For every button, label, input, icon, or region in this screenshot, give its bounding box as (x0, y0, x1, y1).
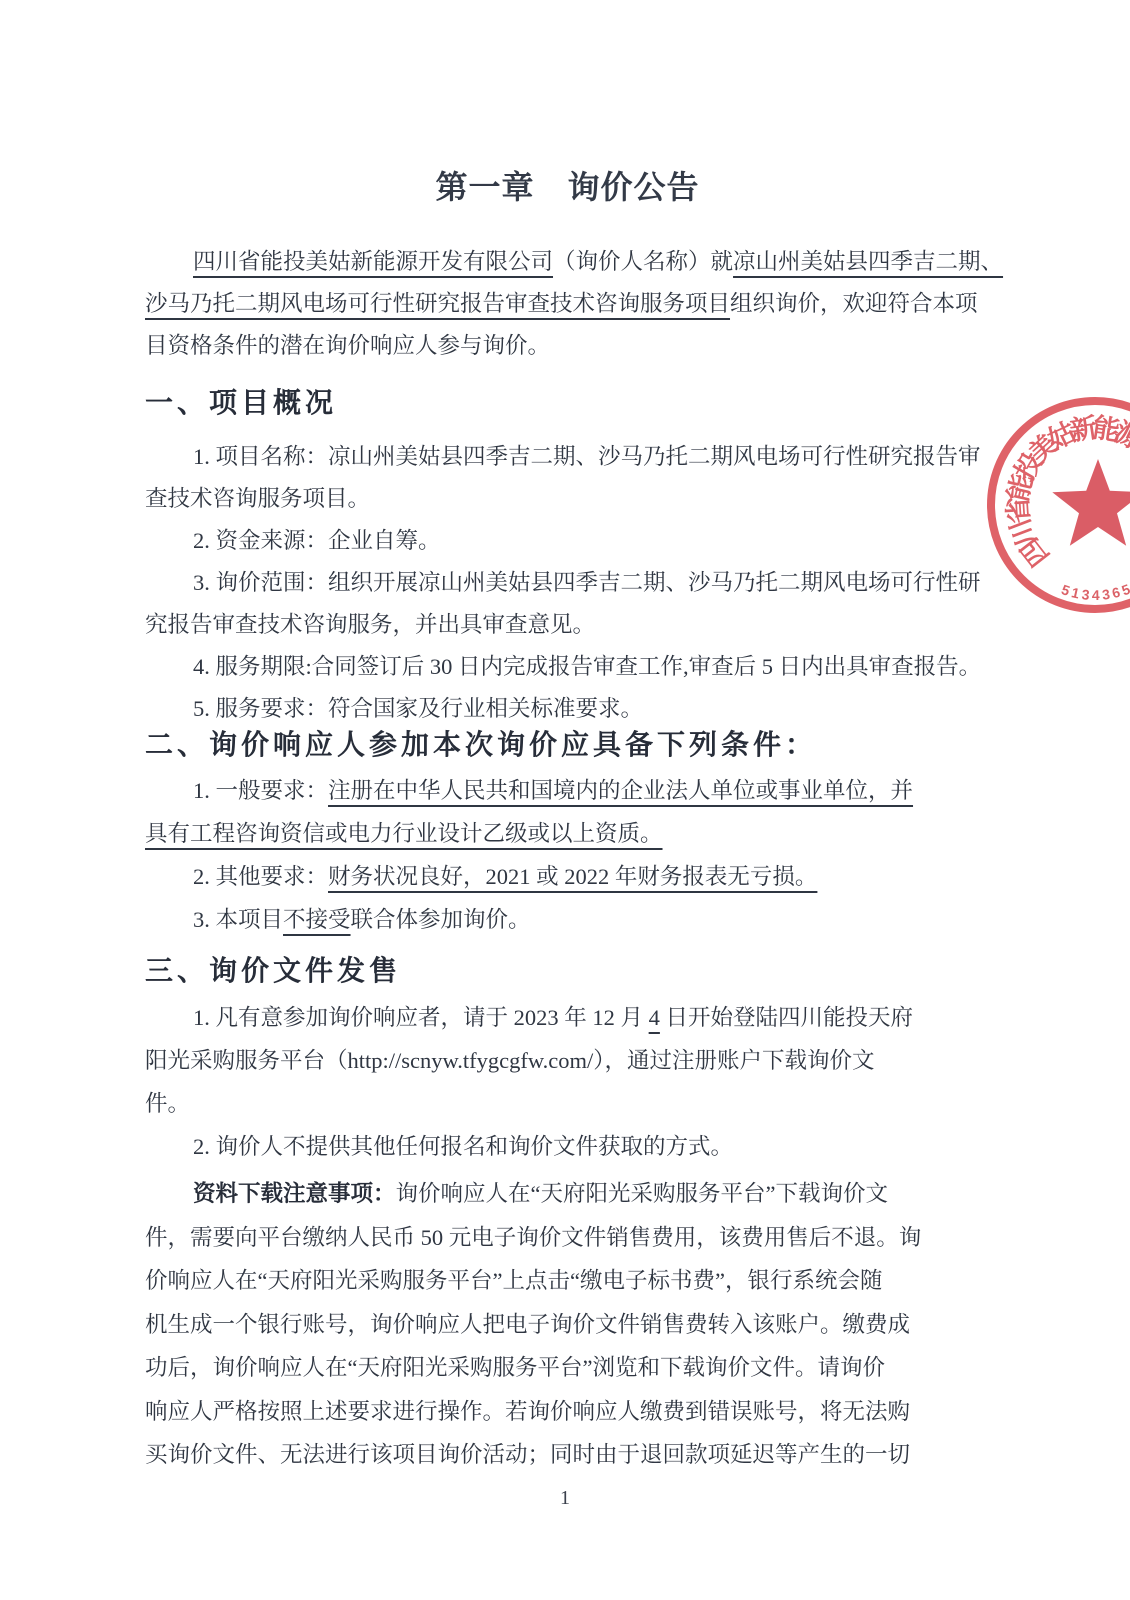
text-segment: 2. 资金来源：企业自筹。 (193, 528, 441, 553)
section1-body: 1. 项目名称：凉山州美姑县四季吉二期、沙马乃托二期风电场可行性研究报告审查技术… (145, 436, 990, 730)
seal-serial-digit: 3 (1081, 587, 1090, 602)
text-segment: 4. 服务期限:合同签订后 30 日内完成报告审查工作,审查后 5 日内出具审查… (193, 654, 981, 679)
text-line: 四川省能投美姑新能源开发有限公司（询价人名称）就凉山州美姑县四季吉二期、 (145, 241, 990, 283)
underlined-text: 不接受 (283, 907, 351, 932)
text-segment: 目资格条件的潜在询价响应人参与询价。 (145, 333, 550, 358)
text-line: 4. 服务期限:合同签订后 30 日内完成报告审查工作,审查后 5 日内出具审查… (145, 646, 990, 688)
seal-ring-character: 四 (1016, 533, 1054, 571)
text-line: 沙马乃托二期风电场可行性研究报告审查技术咨询服务项目组织询价，欢迎符合本项 (145, 283, 990, 325)
seal-ring-character: 姑 (1044, 418, 1080, 454)
seal-star-icon (1050, 459, 1130, 551)
text-segment: 1. 凡有意参加询价响应者，请于 2023 年 12 月 (193, 1005, 649, 1030)
underlined-text: 财务状况良好，2021 或 2022 年财务报表无亏损。 (328, 864, 817, 889)
text-line: 查技术咨询服务项目。 (145, 478, 990, 520)
text-segment: 件，需要向平台缴纳人民币 50 元电子询价文件销售费用，该费用售后不退。询 (145, 1225, 921, 1250)
text-segment: 查技术咨询服务项目。 (145, 486, 370, 511)
underlined-text: 具有工程咨询资信或电力行业设计乙级或以上资质。 (145, 821, 663, 846)
text-line: 件。 (145, 1082, 990, 1125)
text-line: 究报告审查技术咨询服务，并出具审查意见。 (145, 604, 990, 646)
text-segment: 1. 一般要求： (193, 778, 328, 803)
seal-serial-digit: 1 (1070, 585, 1081, 600)
text-line: 买询价文件、无法进行该项目询价活动；同时由于退回款项延迟等产生的一切 (145, 1433, 990, 1477)
section3-body: 1. 凡有意参加询价响应者，请于 2023 年 12 月 4 日开始登陆四川能投… (145, 996, 990, 1168)
section2-heading: 二、询价响应人参加本次询价应具备下列条件： (145, 723, 817, 763)
underlined-text: 沙马乃托二期风电场可行性研究报告审查技术咨询服务项目 (145, 291, 730, 316)
text-line: 目资格条件的潜在询价响应人参与询价。 (145, 325, 990, 367)
seal-serial-digit: 3 (1101, 587, 1110, 602)
text-segment: 2. 询价人不提供其他任何报名和询价文件获取的方式。 (193, 1134, 733, 1159)
text-segment: 件。 (145, 1091, 190, 1116)
seal-ring (987, 397, 1130, 613)
underlined-text: 四川省能投美姑新能源开发有限公司 (193, 249, 553, 274)
seal-serial-digit: 5 (1120, 582, 1130, 598)
intro-paragraph: 四川省能投美姑新能源开发有限公司（询价人名称）就凉山州美姑县四季吉二期、沙马乃托… (145, 241, 990, 367)
text-line: 功后，询价响应人在“天府阳光采购服务平台”浏览和下载询价文件。请询价 (145, 1346, 990, 1390)
text-line: 2. 其他要求：财务状况良好，2021 或 2022 年财务报表无亏损。 (145, 855, 990, 898)
text-segment: 价响应人在“天府阳光采购服务平台”上点击“缴电子标书费”，银行系统会随 (145, 1268, 882, 1293)
seal-ring-character: 省 (1005, 496, 1034, 525)
underlined-text: 注册在中华人民共和国境内的企业法人单位或事业单位，并 (328, 778, 913, 803)
text-line: 响应人严格按照上述要求进行操作。若询价响应人缴费到错误账号，将无法购 (145, 1390, 990, 1434)
text-segment: 阳光采购服务平台（http://scnyw.tfygcgfw.com/），通过注… (145, 1048, 875, 1073)
company-seal-stamp: 四川省能投美姑新能源开发有限公司5134365 (987, 397, 1130, 613)
seal-serial-digit: 4 (1092, 588, 1100, 602)
seal-ring-character: 能 (1005, 471, 1037, 503)
text-line: 机生成一个银行账号，询价响应人把电子询价文件销售费转入该账户。缴费成 (145, 1303, 990, 1347)
text-segment: 功后，询价响应人在“天府阳光采购服务平台”浏览和下载询价文件。请询价 (145, 1355, 885, 1380)
text-segment: 组织询价，欢迎符合本项 (730, 291, 978, 316)
text-line: 1. 项目名称：凉山州美姑县四季吉二期、沙马乃托二期风电场可行性研究报告审 (145, 436, 990, 478)
text-segment: 究报告审查技术咨询服务，并出具审查意见。 (145, 612, 595, 637)
text-line: 1. 一般要求：注册在中华人民共和国境内的企业法人单位或事业单位，并 (145, 769, 990, 812)
section2-body: 1. 一般要求：注册在中华人民共和国境内的企业法人单位或事业单位，并具有工程咨询… (145, 769, 990, 941)
underlined-text: 4 (649, 1005, 660, 1030)
seal-ring-character: 美 (1024, 430, 1062, 468)
bold-lead-text: 资料下载注意事项： (193, 1181, 396, 1206)
seal-ring-character: 投 (1011, 448, 1048, 485)
text-line: 资料下载注意事项：询价响应人在“天府阳光采购服务平台”下载询价文 (145, 1172, 990, 1216)
text-line: 1. 凡有意参加询价响应者，请于 2023 年 12 月 4 日开始登陆四川能投… (145, 996, 990, 1039)
text-line: 阳光采购服务平台（http://scnyw.tfygcgfw.com/），通过注… (145, 1039, 990, 1082)
seal-serial-digit: 5 (1060, 582, 1072, 598)
document-page: 第一章 询价公告 四川省能投美姑新能源开发有限公司（询价人名称）就凉山州美姑县四… (0, 0, 1130, 1600)
section3-heading: 三、询价文件发售 (145, 949, 401, 989)
text-segment: 日开始登陆四川能投天府 (660, 1005, 913, 1030)
text-line: 价响应人在“天府阳光采购服务平台”上点击“缴电子标书费”，银行系统会随 (145, 1259, 990, 1303)
text-line: 2. 资金来源：企业自筹。 (145, 520, 990, 562)
text-line: 件，需要向平台缴纳人民币 50 元电子询价文件销售费用，该费用售后不退。询 (145, 1216, 990, 1260)
text-line: 3. 询价范围：组织开展凉山州美姑县四季吉二期、沙马乃托二期风电场可行性研 (145, 562, 990, 604)
download-notes-paragraph: 资料下载注意事项：询价响应人在“天府阳光采购服务平台”下载询价文件，需要向平台缴… (145, 1172, 990, 1477)
page-title: 第一章 询价公告 (145, 162, 990, 208)
text-segment: 3. 本项目 (193, 907, 283, 932)
section1-heading: 一、项目概况 (145, 381, 337, 421)
text-line: 3. 本项目不接受联合体参加询价。 (145, 898, 990, 941)
text-segment: （询价人名称）就 (553, 249, 733, 274)
seal-serial-digit: 6 (1111, 585, 1122, 600)
seal-ring-character: 源 (1110, 418, 1130, 454)
text-segment: 买询价文件、无法进行该项目询价活动；同时由于退回款项延迟等产生的一切 (145, 1442, 910, 1467)
text-segment: 机生成一个银行账号，询价响应人把电子询价文件销售费转入该账户。缴费成 (145, 1312, 910, 1337)
text-segment: 2. 其他要求： (193, 864, 328, 889)
text-segment: 询价响应人在“天府阳光采购服务平台”下载询价文 (396, 1181, 888, 1206)
text-line: 具有工程咨询资信或电力行业设计乙级或以上资质。 (145, 812, 990, 855)
page-number: 1 (0, 1487, 1130, 1510)
seal-ring-character: 能 (1091, 414, 1122, 445)
text-segment: 响应人严格按照上述要求进行操作。若询价响应人缴费到错误账号，将无法购 (145, 1399, 910, 1424)
text-segment: 1. 项目名称：凉山州美姑县四季吉二期、沙马乃托二期风电场可行性研究报告审 (193, 444, 981, 469)
text-segment: 3. 询价范围：组织开展凉山州美姑县四季吉二期、沙马乃托二期风电场可行性研 (193, 570, 981, 595)
text-line: 2. 询价人不提供其他任何报名和询价文件获取的方式。 (145, 1125, 990, 1168)
text-segment: 联合体参加询价。 (351, 907, 531, 932)
seal-ring-character: 新 (1068, 414, 1099, 445)
seal-ring-character: 川 (1007, 515, 1042, 550)
text-segment: 5. 服务要求：符合国家及行业相关标准要求。 (193, 696, 643, 721)
underlined-text: 凉山州美姑县四季吉二期、 (733, 249, 1003, 274)
